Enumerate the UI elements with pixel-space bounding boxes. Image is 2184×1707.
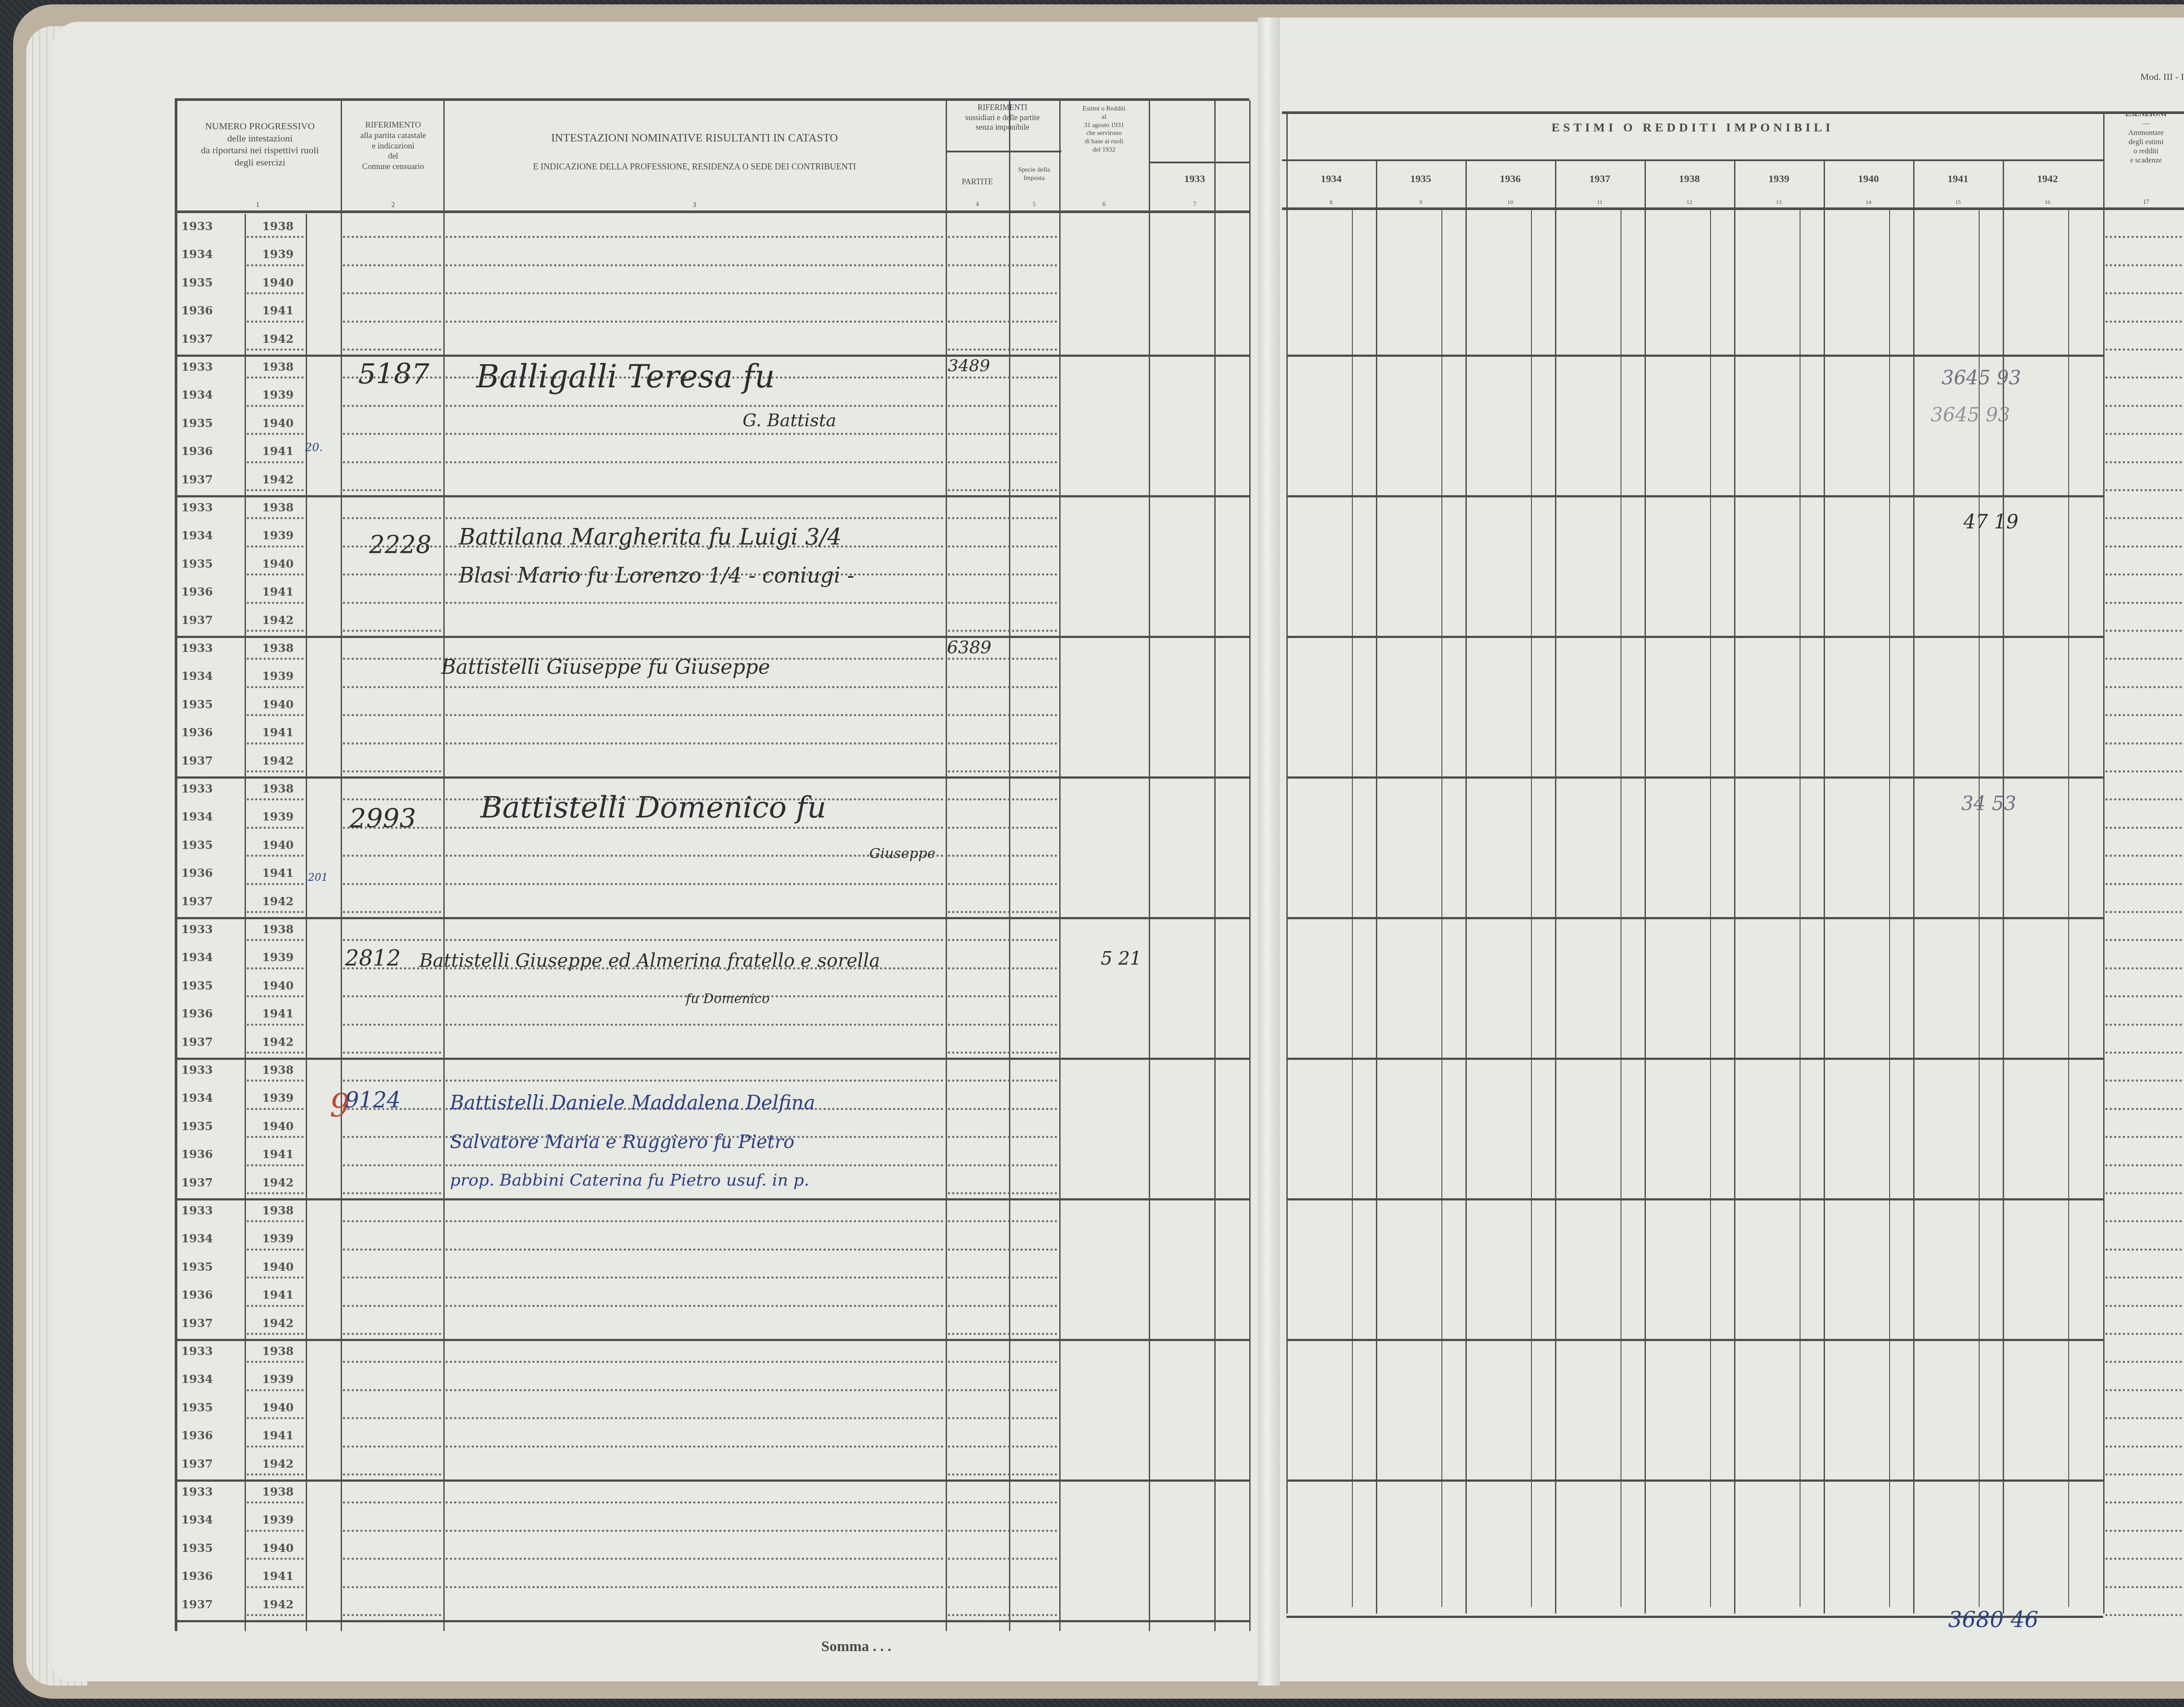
- year-label-right: 1941: [262, 1289, 294, 1302]
- header-col1-title: NUMERO PROGRESSIVO: [175, 120, 345, 132]
- row-dotted-rule: [343, 1024, 441, 1026]
- year-label-right: 1940: [262, 1120, 294, 1133]
- row-dotted-rule: [2105, 264, 2184, 266]
- row-dotted-rule: [446, 1530, 943, 1532]
- row-dotted-rule: [948, 1501, 1057, 1504]
- year-label-right: 1939: [262, 1092, 294, 1105]
- row-dotted-rule: [247, 1389, 304, 1391]
- right-column-rule: [1555, 159, 1556, 1614]
- year-label-left: 1936: [181, 1570, 213, 1583]
- row-dotted-rule: [343, 883, 441, 885]
- entry-partita: 2993: [349, 803, 416, 834]
- year-label-right: 1938: [262, 1486, 294, 1499]
- row-dotted-rule: [948, 1530, 1057, 1532]
- row-dotted-rule: [948, 376, 1057, 379]
- entry-partita: 2228: [369, 531, 432, 559]
- row-dotted-rule: [343, 995, 441, 997]
- year-label-left: 1936: [181, 1289, 213, 1302]
- row-dotted-rule: [948, 630, 1057, 632]
- row-dotted-rule: [343, 742, 441, 745]
- year-label-right: 1939: [262, 1373, 294, 1386]
- row-dotted-rule: [446, 1164, 943, 1166]
- right-column-rule: [1824, 159, 1825, 1614]
- row-dotted-rule: [948, 1305, 1057, 1307]
- row-dotted-rule: [247, 489, 304, 491]
- left-block-rule: [175, 636, 1249, 638]
- year-label-right: 1940: [262, 1542, 294, 1555]
- row-dotted-rule: [948, 1389, 1057, 1391]
- header-col-number: 15: [1913, 199, 2003, 206]
- row-dotted-rule: [2105, 1361, 2184, 1363]
- entry-name-line: Battilana Margherita fu Luigi 3/4: [459, 524, 842, 550]
- row-dotted-rule: [2105, 630, 2184, 632]
- row-dotted-rule: [343, 1333, 441, 1335]
- row-dotted-rule: [948, 264, 1057, 266]
- row-dotted-rule: [446, 517, 943, 519]
- years-divider: [1282, 159, 2103, 161]
- row-dotted-rule: [343, 1586, 441, 1588]
- year-label-right: 1938: [262, 642, 294, 655]
- row-dotted-rule: [247, 939, 304, 941]
- row-dotted-rule: [2105, 1501, 2184, 1504]
- year-label-right: 1940: [262, 979, 294, 993]
- row-dotted-rule: [247, 686, 304, 688]
- header-year-1939: 1939: [1734, 172, 1824, 186]
- entry-name-line: Salvatore Maria e Ruggiero fu Pietro: [450, 1131, 795, 1152]
- row-dotted-rule: [446, 602, 943, 604]
- row-dotted-rule: [2105, 1305, 2184, 1307]
- entry-name-line: prop. Babbini Caterina fu Pietro usuf. i…: [450, 1170, 809, 1190]
- year-label-left: 1937: [181, 1176, 213, 1190]
- left-column-rule: [1009, 100, 1010, 1631]
- header-col-number: 16: [2003, 199, 2092, 206]
- year-label-right: 1942: [262, 614, 294, 627]
- row-dotted-rule: [446, 939, 943, 941]
- somma-label: Somma . . .: [821, 1638, 892, 1656]
- row-dotted-rule: [343, 1361, 441, 1363]
- year-label-left: 1937: [181, 1598, 213, 1611]
- row-dotted-rule: [2105, 714, 2184, 716]
- row-dotted-rule: [247, 742, 304, 745]
- year-label-right: 1939: [262, 529, 294, 542]
- row-dotted-rule: [948, 1079, 1057, 1082]
- row-dotted-rule: [2105, 1248, 2184, 1251]
- year-label-left: 1936: [181, 1429, 213, 1442]
- row-dotted-rule: [343, 1501, 441, 1504]
- year-label-right: 1941: [262, 304, 294, 317]
- year-label-right: 1942: [262, 755, 294, 768]
- year-label-left: 1937: [181, 895, 213, 908]
- year-label-right: 1942: [262, 1317, 294, 1330]
- row-dotted-rule: [2105, 376, 2184, 379]
- year-label-left: 1934: [181, 951, 213, 964]
- left-block-rule: [175, 917, 1249, 919]
- row-dotted-rule: [247, 1501, 304, 1504]
- row-dotted-rule: [2105, 1079, 2184, 1082]
- row-dotted-rule: [2105, 1052, 2184, 1054]
- left-column-rule: [443, 100, 445, 1631]
- entry-name-line: Battistelli Giuseppe fu Giuseppe: [441, 655, 770, 679]
- header-partite: PARTITE: [946, 177, 1009, 187]
- row-dotted-rule: [948, 742, 1057, 745]
- row-dotted-rule: [948, 1586, 1057, 1588]
- year-label-right: 1942: [262, 1036, 294, 1049]
- row-dotted-rule: [2105, 236, 2184, 238]
- cents-column-rule: [2068, 210, 2069, 1607]
- year-label-right: 1939: [262, 951, 294, 964]
- row-dotted-rule: [948, 1220, 1057, 1222]
- row-dotted-rule: [247, 658, 304, 660]
- right-column-rule: [1645, 159, 1646, 1614]
- left-column-rule: [1249, 100, 1251, 1631]
- row-dotted-rule: [446, 714, 943, 716]
- year-label-left: 1933: [181, 1204, 213, 1217]
- year-label-left: 1934: [181, 248, 213, 261]
- header-year-1937: 1937: [1555, 172, 1645, 186]
- row-dotted-rule: [446, 855, 943, 857]
- right-block-rule: [1286, 495, 2103, 497]
- year-label-right: 1941: [262, 445, 294, 458]
- row-dotted-rule: [343, 264, 441, 266]
- header-col-number: 13: [1734, 199, 1824, 206]
- header-estimi-redditi: ESTIMI O REDDITI IMPONIBILI: [1282, 120, 2103, 135]
- row-dotted-rule: [247, 798, 304, 800]
- row-dotted-rule: [446, 1417, 943, 1419]
- row-dotted-rule: [948, 1052, 1057, 1054]
- row-dotted-rule: [2105, 1192, 2184, 1194]
- year-label-right: 1938: [262, 220, 294, 233]
- left-block-rule: [175, 1479, 1249, 1482]
- col7-divider: [1149, 162, 1249, 163]
- row-dotted-rule: [2105, 1276, 2184, 1279]
- entry-riferimento: 3489: [948, 356, 990, 375]
- row-dotted-rule: [446, 1305, 943, 1307]
- row-dotted-rule: [247, 292, 304, 294]
- row-dotted-rule: [2105, 348, 2184, 351]
- row-dotted-rule: [2105, 939, 2184, 941]
- year-label-right: 1938: [262, 923, 294, 936]
- year-label-right: 1941: [262, 1429, 294, 1442]
- left-column-rule: [1149, 100, 1150, 1631]
- row-dotted-rule: [343, 1192, 441, 1194]
- cents-column-rule: [1531, 210, 1532, 1607]
- row-dotted-rule: [247, 1361, 304, 1363]
- row-dotted-rule: [343, 517, 441, 519]
- row-dotted-rule: [247, 995, 304, 997]
- entry-marker-1941: 20.: [305, 441, 323, 454]
- header-col-number: 9: [1376, 199, 1465, 206]
- left-column-rule: [341, 100, 342, 1631]
- row-dotted-rule: [247, 911, 304, 913]
- left-header-bottom-rule: [175, 210, 1249, 213]
- year-label-left: 1937: [181, 755, 213, 768]
- row-dotted-rule: [446, 1586, 943, 1588]
- row-dotted-rule: [446, 433, 943, 435]
- row-dotted-rule: [343, 348, 441, 351]
- header-col-number: 12: [1645, 199, 1734, 206]
- header-col-number: 8: [1286, 199, 1376, 206]
- entry-name-line: Battistelli Daniele Maddalena Delfina: [450, 1092, 815, 1114]
- row-dotted-rule: [343, 292, 441, 294]
- year-label-left: 1933: [181, 501, 213, 514]
- year-label-right: 1941: [262, 867, 294, 880]
- row-dotted-rule: [343, 1136, 441, 1138]
- row-dotted-rule: [343, 321, 441, 323]
- row-dotted-rule: [446, 292, 943, 294]
- year-label-right: 1938: [262, 1064, 294, 1077]
- year-label-left: 1935: [181, 1401, 213, 1414]
- row-dotted-rule: [343, 770, 441, 772]
- row-dotted-rule: [948, 1136, 1057, 1138]
- row-dotted-rule: [343, 1248, 441, 1251]
- row-dotted-rule: [343, 1558, 441, 1560]
- row-dotted-rule: [2105, 855, 2184, 857]
- row-dotted-rule: [446, 827, 943, 829]
- row-dotted-rule: [2105, 545, 2184, 548]
- year-label-right: 1942: [262, 1458, 294, 1471]
- year-label-right: 1938: [262, 361, 294, 374]
- row-dotted-rule: [247, 264, 304, 266]
- book-gutter: [1258, 17, 1280, 1686]
- row-dotted-rule: [948, 995, 1057, 997]
- row-dotted-rule: [247, 1248, 304, 1251]
- row-dotted-rule: [247, 1473, 304, 1476]
- year-label-right: 1940: [262, 1261, 294, 1274]
- left-page: [52, 22, 1271, 1681]
- row-dotted-rule: [2105, 686, 2184, 688]
- year-label-right: 1939: [262, 810, 294, 824]
- row-dotted-rule: [948, 939, 1057, 941]
- year-label-right: 1938: [262, 1345, 294, 1358]
- row-dotted-rule: [2105, 321, 2184, 323]
- year-label-left: 1934: [181, 670, 213, 683]
- year-label-right: 1939: [262, 248, 294, 261]
- row-dotted-rule: [2105, 798, 2184, 800]
- row-dotted-rule: [343, 855, 441, 857]
- row-dotted-rule: [343, 1276, 441, 1279]
- left-block-rule: [175, 1058, 1249, 1060]
- row-dotted-rule: [2105, 1614, 2184, 1616]
- row-dotted-rule: [343, 686, 441, 688]
- row-dotted-rule: [2105, 517, 2184, 519]
- year-label-left: 1934: [181, 1373, 213, 1386]
- row-dotted-rule: [247, 433, 304, 435]
- row-dotted-rule: [446, 461, 943, 463]
- right-block-rule: [1286, 1479, 2103, 1482]
- entry-partita: 5187: [358, 358, 429, 390]
- entry-riferimento: 6389: [947, 638, 992, 658]
- row-dotted-rule: [343, 630, 441, 632]
- row-dotted-rule: [446, 1276, 943, 1279]
- left-column-rule: [306, 214, 307, 1631]
- year-label-right: 1941: [262, 586, 294, 599]
- row-dotted-rule: [2105, 573, 2184, 576]
- row-dotted-rule: [343, 1079, 441, 1082]
- row-dotted-rule: [948, 1164, 1057, 1166]
- row-dotted-rule: [948, 1473, 1057, 1476]
- row-dotted-rule: [948, 573, 1057, 576]
- row-dotted-rule: [948, 489, 1057, 491]
- entry-reddito-1941: 47 19: [1963, 511, 2018, 533]
- row-dotted-rule: [948, 798, 1057, 800]
- year-label-right: 1939: [262, 670, 294, 683]
- left-block-rule: [175, 776, 1249, 779]
- header-estimi-1932: Estimi o Redditi al 31 agosto 1931 che s…: [1059, 105, 1149, 154]
- row-dotted-rule: [247, 602, 304, 604]
- left-column-rule: [1214, 100, 1216, 1631]
- row-dotted-rule: [247, 573, 304, 576]
- row-dotted-rule: [948, 1276, 1057, 1279]
- year-label-left: 1933: [181, 783, 213, 796]
- header-col2: RIFERIMENTO alla partita catastale e ind…: [343, 120, 443, 172]
- row-dotted-rule: [343, 1614, 441, 1616]
- year-label-right: 1939: [262, 389, 294, 402]
- year-label-left: 1937: [181, 1317, 213, 1330]
- row-dotted-rule: [948, 292, 1057, 294]
- header-col-number: 11: [1555, 199, 1645, 206]
- row-dotted-rule: [343, 798, 441, 800]
- row-dotted-rule: [247, 967, 304, 969]
- row-dotted-rule: [2105, 1220, 2184, 1222]
- row-dotted-rule: [2105, 1108, 2184, 1110]
- year-label-right: 1941: [262, 1570, 294, 1583]
- left-block-rule: [175, 495, 1249, 497]
- row-dotted-rule: [948, 1417, 1057, 1419]
- row-dotted-rule: [948, 883, 1057, 885]
- row-dotted-rule: [247, 1220, 304, 1222]
- header-year-1941: 1941: [1913, 172, 2003, 186]
- row-dotted-rule: [948, 236, 1057, 238]
- entry-reddito-1941: 34 53: [1961, 793, 2016, 815]
- cents-column-rule: [1800, 210, 1800, 1607]
- row-dotted-rule: [948, 545, 1057, 548]
- row-dotted-rule: [343, 489, 441, 491]
- row-dotted-rule: [2105, 883, 2184, 885]
- year-label-left: 1937: [181, 473, 213, 486]
- header-riferimenti: RIFERIMENTI sussidiari e delle partite s…: [946, 103, 1059, 132]
- entry-name-line: Battistelli Giuseppe ed Almerina fratell…: [419, 950, 880, 971]
- year-label-left: 1936: [181, 304, 213, 317]
- row-dotted-rule: [2105, 742, 2184, 745]
- header-col-number: 14: [1824, 199, 1913, 206]
- row-dotted-rule: [446, 1220, 943, 1222]
- right-column-rule: [1376, 159, 1377, 1614]
- row-dotted-rule: [948, 1333, 1057, 1335]
- year-label-left: 1934: [181, 529, 213, 542]
- right-column-rule: [1286, 111, 1288, 1614]
- row-dotted-rule: [247, 461, 304, 463]
- row-dotted-rule: [247, 321, 304, 323]
- year-label-left: 1933: [181, 1486, 213, 1499]
- year-label-right: 1940: [262, 839, 294, 852]
- year-label-left: 1935: [181, 1261, 213, 1274]
- row-dotted-rule: [948, 658, 1057, 660]
- year-label-right: 1940: [262, 698, 294, 711]
- row-dotted-rule: [948, 1614, 1057, 1616]
- year-label-right: 1942: [262, 895, 294, 908]
- left-frame-left: [175, 98, 177, 1631]
- row-dotted-rule: [247, 376, 304, 379]
- row-dotted-rule: [247, 630, 304, 632]
- cents-column-rule: [1889, 210, 1890, 1607]
- left-column-rule: [1059, 100, 1061, 1631]
- row-dotted-rule: [2105, 1389, 2184, 1391]
- right-block-rule: [1286, 355, 2103, 357]
- left-block-rule: [175, 355, 1249, 357]
- entry-reddito-1941-repeat: 3645 93: [1931, 404, 2010, 426]
- right-column-rule: [1734, 159, 1735, 1614]
- row-dotted-rule: [247, 1417, 304, 1419]
- cents-column-rule: [1352, 210, 1353, 1607]
- header-year-1935: 1935: [1376, 172, 1465, 186]
- row-dotted-rule: [247, 1614, 304, 1616]
- row-dotted-rule: [247, 1558, 304, 1560]
- row-dotted-rule: [2105, 911, 2184, 913]
- row-dotted-rule: [2105, 461, 2184, 463]
- entry-name-line: G. Battista: [743, 410, 836, 431]
- row-dotted-rule: [343, 911, 441, 913]
- row-dotted-rule: [343, 714, 441, 716]
- row-dotted-rule: [948, 1024, 1057, 1026]
- row-dotted-rule: [2105, 1333, 2184, 1335]
- row-dotted-rule: [343, 1389, 441, 1391]
- year-label-left: 1934: [181, 1092, 213, 1105]
- row-dotted-rule: [948, 686, 1057, 688]
- year-label-right: 1940: [262, 558, 294, 571]
- row-dotted-rule: [247, 770, 304, 772]
- header-col3-title: INTESTAZIONI NOMINATIVE RISULTANTI IN CA…: [443, 131, 946, 145]
- row-dotted-rule: [948, 714, 1057, 716]
- row-dotted-rule: [2105, 1164, 2184, 1166]
- entry-partita: 2812: [345, 945, 401, 971]
- year-label-left: 1936: [181, 726, 213, 739]
- header-col-number: 10: [1465, 199, 1555, 206]
- row-dotted-rule: [343, 1220, 441, 1222]
- year-label-left: 1933: [181, 923, 213, 936]
- right-header-top-rule: [1282, 111, 2184, 114]
- year-label-right: 1942: [262, 1598, 294, 1611]
- year-label-right: 1942: [262, 473, 294, 486]
- header-col1: NUMERO PROGRESSIVO delle intestazioni da…: [175, 120, 345, 168]
- row-dotted-rule: [247, 1052, 304, 1054]
- right-block-rule: [1286, 636, 2103, 638]
- row-dotted-rule: [948, 911, 1057, 913]
- row-dotted-rule: [2105, 433, 2184, 435]
- entry-partita: 9124: [345, 1087, 401, 1113]
- row-dotted-rule: [343, 1305, 441, 1307]
- header-year-1934: 1934: [1286, 172, 1376, 186]
- row-dotted-rule: [948, 517, 1057, 519]
- row-dotted-rule: [948, 602, 1057, 604]
- left-bottom-rule: [175, 1620, 1249, 1622]
- row-dotted-rule: [247, 545, 304, 548]
- year-label-left: 1933: [181, 361, 213, 374]
- year-label-left: 1933: [181, 220, 213, 233]
- row-dotted-rule: [247, 517, 304, 519]
- row-dotted-rule: [247, 1586, 304, 1588]
- row-dotted-rule: [2105, 995, 2184, 997]
- right-block-rule: [1286, 776, 2103, 779]
- row-dotted-rule: [343, 658, 441, 660]
- row-dotted-rule: [343, 1164, 441, 1166]
- form-code: Mod. III - Imposte Dirette (Intercalare)…: [2140, 71, 2184, 83]
- row-dotted-rule: [247, 1108, 304, 1110]
- row-dotted-rule: [343, 405, 441, 407]
- row-dotted-rule: [247, 1192, 304, 1194]
- year-label-right: 1942: [262, 333, 294, 346]
- header-year-1942: 1942: [2003, 172, 2092, 186]
- right-column-rule: [1465, 159, 1467, 1614]
